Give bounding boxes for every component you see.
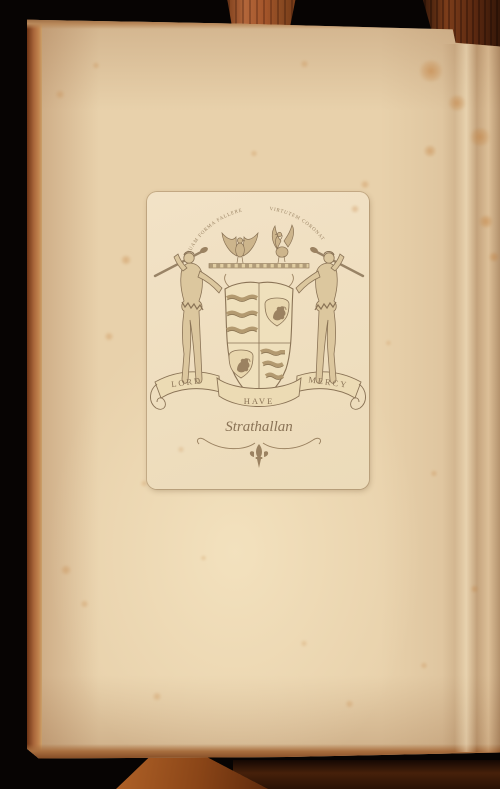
foxing-spot xyxy=(250,150,258,157)
easel-shelf-bottom-right xyxy=(233,760,500,789)
falcon-crest xyxy=(222,233,258,263)
foxing-spot xyxy=(430,470,438,477)
fleur-de-lis-ornament xyxy=(250,444,268,468)
foxing-spot xyxy=(470,585,479,593)
leather-board-edge-bottom xyxy=(27,744,500,760)
foxing-spot xyxy=(92,62,100,69)
book-front-board: QUAM FORMA FALLERE VIRTUTEM CORONAT xyxy=(27,16,500,760)
ribbon-word-have: HAVE xyxy=(244,396,275,406)
foxing-spot xyxy=(478,215,494,228)
leather-board-edge-left xyxy=(27,16,42,760)
foxing-spot xyxy=(385,340,392,346)
family-name: Strathallan xyxy=(225,419,293,435)
foxing-spot xyxy=(420,662,428,669)
foxing-spot xyxy=(104,332,114,341)
armorial-bookplate: QUAM FORMA FALLERE VIRTUTEM CORONAT xyxy=(147,192,369,489)
foxing-spot xyxy=(177,446,185,453)
gutter-crease xyxy=(442,44,500,752)
foxing-spot xyxy=(345,700,354,708)
foxing-spot xyxy=(55,90,65,99)
foxing-spot xyxy=(447,95,467,111)
foxing-spot xyxy=(60,565,72,575)
foxing-spot xyxy=(152,692,162,701)
foxing-spot xyxy=(468,128,492,146)
foxing-spot xyxy=(488,252,500,262)
foxing-spot xyxy=(300,60,309,68)
book-photograph: QUAM FORMA FALLERE VIRTUTEM CORONAT xyxy=(0,0,500,789)
swan-crest xyxy=(272,225,293,263)
foxing-spot xyxy=(120,255,132,265)
coat-of-arms-engraving: QUAM FORMA FALLERE VIRTUTEM CORONAT xyxy=(147,192,369,489)
foxing-spot xyxy=(360,180,370,189)
foxing-spot xyxy=(300,640,308,647)
foxing-spot xyxy=(80,600,89,608)
foxing-spot xyxy=(423,145,437,157)
heraldic-torse xyxy=(209,264,309,269)
foxing-spot xyxy=(418,60,444,82)
foxing-spot xyxy=(350,205,360,213)
foxing-spot xyxy=(200,555,207,561)
